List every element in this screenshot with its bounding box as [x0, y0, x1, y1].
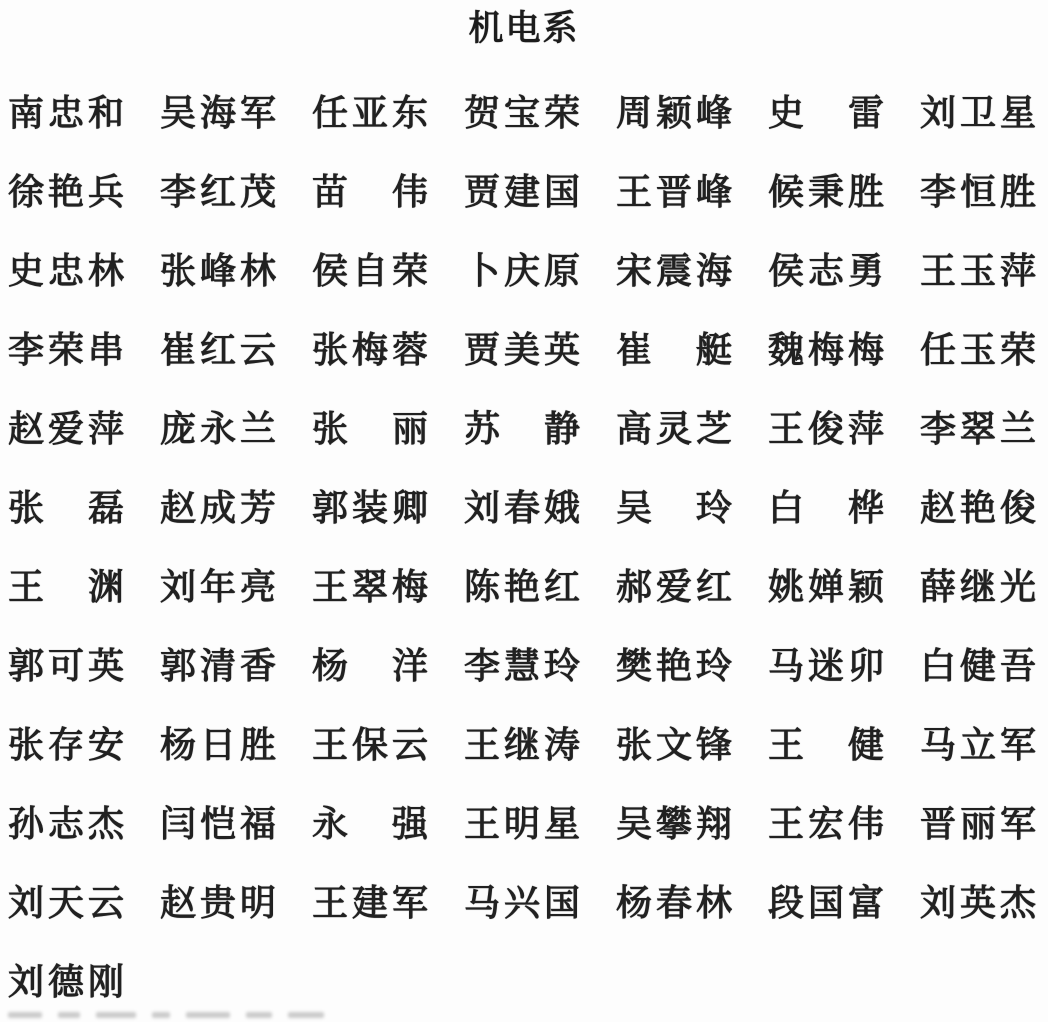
person-name: 高灵芝: [616, 409, 732, 449]
person-name: 吴玲: [616, 488, 732, 528]
person-name: 白健吾: [920, 646, 1036, 686]
person-name: 王晋峰: [616, 172, 732, 212]
person-name: 候秉胜: [768, 172, 884, 212]
person-name: 赵成芳: [160, 488, 276, 528]
person-name: 侯志勇: [768, 251, 884, 291]
person-name: 郭装卿: [312, 488, 428, 528]
person-name: 王健: [768, 725, 884, 765]
person-name: 张峰林: [160, 251, 276, 291]
scan-edge-artifact: [8, 1012, 324, 1019]
person-name: 吴攀翔: [616, 804, 732, 844]
person-name: 贺宝荣: [464, 93, 580, 133]
person-name: 马立军: [920, 725, 1036, 765]
person-name: 崔红云: [160, 330, 276, 370]
person-name: 史雷: [768, 93, 884, 133]
person-name: 任玉荣: [920, 330, 1036, 370]
name-row: 李荣串崔红云张梅蓉贾美英崔艇魏梅梅任玉荣: [0, 310, 1048, 389]
person-name: 贾美英: [464, 330, 580, 370]
person-name: 杨日胜: [160, 725, 276, 765]
person-name: 李翠兰: [920, 409, 1036, 449]
person-name: 樊艳玲: [616, 646, 732, 686]
person-name: 薛继光: [920, 567, 1036, 607]
person-name: 王保云: [312, 725, 428, 765]
person-name: 卜庆原: [464, 251, 580, 291]
person-name: 赵艳俊: [920, 488, 1036, 528]
person-name: 孙志杰: [8, 804, 124, 844]
name-row: 王渊刘年亮王翠梅陈艳红郝爱红姚婵颖薛继光: [0, 547, 1048, 626]
name-row: 刘德刚: [0, 942, 1048, 1021]
name-row: 孙志杰闫恺福永强王明星吴攀翔王宏伟晋丽军: [0, 784, 1048, 863]
person-name: 马迷卯: [768, 646, 884, 686]
person-name: 魏梅梅: [768, 330, 884, 370]
person-name: 李荣串: [8, 330, 124, 370]
name-row: 史忠林张峰林侯自荣卜庆原宋震海侯志勇王玉萍: [0, 231, 1048, 310]
person-name: 宋震海: [616, 251, 732, 291]
person-name: 李慧玲: [464, 646, 580, 686]
person-name: 马兴国: [464, 883, 580, 923]
person-name: 刘年亮: [160, 567, 276, 607]
name-row: 张磊赵成芳郭装卿刘春娥吴玲白桦赵艳俊: [0, 468, 1048, 547]
person-name: 苗伟: [312, 172, 428, 212]
person-name: 崔艇: [616, 330, 732, 370]
person-name: 白桦: [768, 488, 884, 528]
person-name: 贾建国: [464, 172, 580, 212]
person-name: 闫恺福: [160, 804, 276, 844]
person-name: 郭可英: [8, 646, 124, 686]
person-name: 杨春林: [616, 883, 732, 923]
person-name: 晋丽军: [920, 804, 1036, 844]
person-name: 张文锋: [616, 725, 732, 765]
person-name: 张丽: [312, 409, 428, 449]
name-row: 南忠和吴海军任亚东贺宝荣周颖峰史雷刘卫星: [0, 73, 1048, 152]
person-name: 赵爱萍: [8, 409, 124, 449]
person-name: 张磊: [8, 488, 124, 528]
person-name: 刘德刚: [8, 962, 124, 1002]
person-name: 王宏伟: [768, 804, 884, 844]
person-name: 周颖峰: [616, 93, 732, 133]
person-name: 侯自荣: [312, 251, 428, 291]
person-name: 张存安: [8, 725, 124, 765]
person-name: 王玉萍: [920, 251, 1036, 291]
person-name: 史忠林: [8, 251, 124, 291]
person-name: 王明星: [464, 804, 580, 844]
name-row: 郭可英郭清香杨洋李慧玲樊艳玲马迷卯白健吾: [0, 626, 1048, 705]
person-name: 刘春娥: [464, 488, 580, 528]
person-name: 刘卫星: [920, 93, 1036, 133]
person-name: 王继涛: [464, 725, 580, 765]
person-name: 赵贵明: [160, 883, 276, 923]
person-name: 王翠梅: [312, 567, 428, 607]
person-name: 庞永兰: [160, 409, 276, 449]
person-name: 刘天云: [8, 883, 124, 923]
person-name: 杨洋: [312, 646, 428, 686]
person-name: 陈艳红: [464, 567, 580, 607]
name-row: 赵爱萍庞永兰张丽苏静高灵芝王俊萍李翠兰: [0, 389, 1048, 468]
person-name: 段国富: [768, 883, 884, 923]
person-name: 郭清香: [160, 646, 276, 686]
scanned-name-list-page: 机电系 南忠和吴海军任亚东贺宝荣周颖峰史雷刘卫星徐艳兵李红茂苗伟贾建国王晋峰候秉…: [0, 0, 1048, 1022]
person-name: 李恒胜: [920, 172, 1036, 212]
person-name: 苏静: [464, 409, 580, 449]
name-row: 张存安杨日胜王保云王继涛张文锋王健马立军: [0, 705, 1048, 784]
name-grid: 南忠和吴海军任亚东贺宝荣周颖峰史雷刘卫星徐艳兵李红茂苗伟贾建国王晋峰候秉胜李恒胜…: [0, 73, 1048, 1021]
person-name: 吴海军: [160, 93, 276, 133]
person-name: 李红茂: [160, 172, 276, 212]
page-title: 机电系: [0, 0, 1048, 73]
person-name: 徐艳兵: [8, 172, 124, 212]
person-name: 姚婵颖: [768, 567, 884, 607]
name-row: 刘天云赵贵明王建军马兴国杨春林段国富刘英杰: [0, 863, 1048, 942]
person-name: 永强: [312, 804, 428, 844]
person-name: 张梅蓉: [312, 330, 428, 370]
person-name: 刘英杰: [920, 883, 1036, 923]
person-name: 郝爱红: [616, 567, 732, 607]
person-name: 王建军: [312, 883, 428, 923]
person-name: 王渊: [8, 567, 124, 607]
person-name: 任亚东: [312, 93, 428, 133]
name-row: 徐艳兵李红茂苗伟贾建国王晋峰候秉胜李恒胜: [0, 152, 1048, 231]
person-name: 王俊萍: [768, 409, 884, 449]
person-name: 南忠和: [8, 93, 124, 133]
